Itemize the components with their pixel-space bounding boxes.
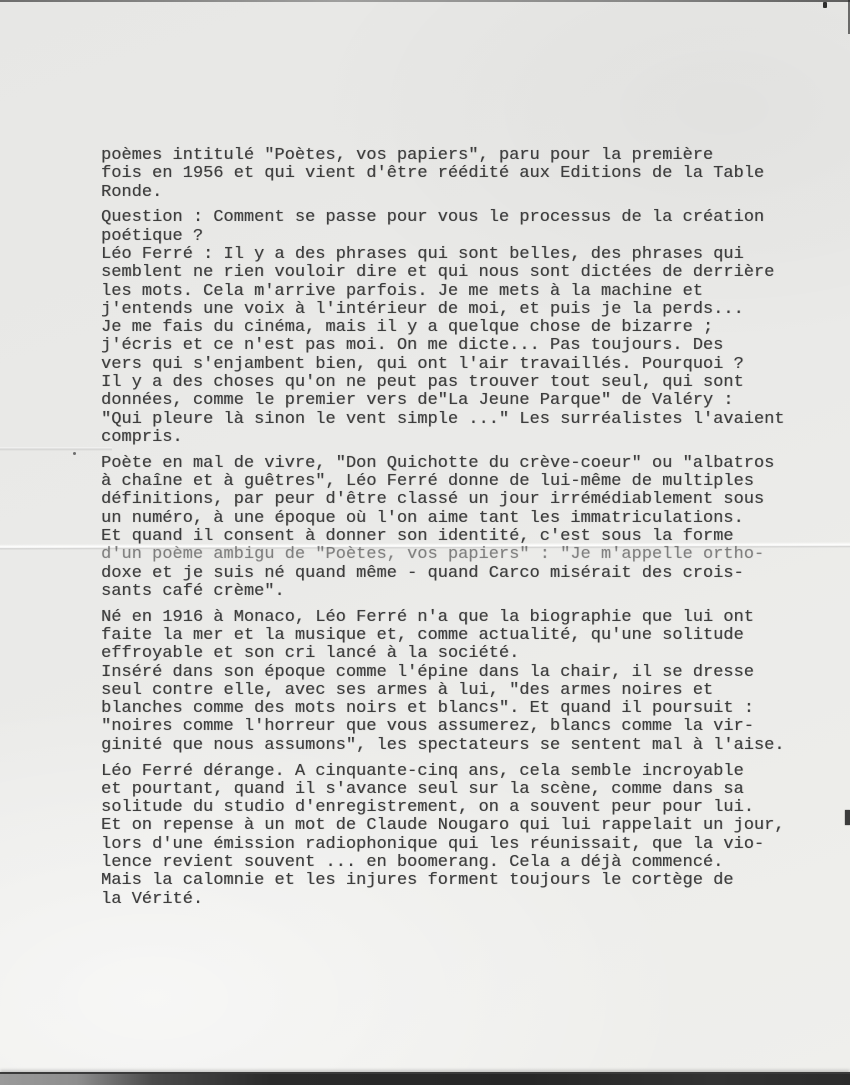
- fold-crease-partial: [0, 447, 112, 451]
- text-line: Inséré dans son époque comme l'épine dan…: [101, 664, 830, 682]
- text-line: Et quand il consent à donner son identit…: [101, 528, 830, 546]
- paragraph-question-answer: Question : Comment se passe pour vous le…: [101, 209, 830, 447]
- scanned-letter-page: poèmes intitulé "Poètes, vos papiers", p…: [0, 0, 850, 1085]
- text-line: doxe et je suis né quand même - quand Ca…: [101, 565, 830, 583]
- text-line: effroyable et son cri lancé à la société…: [101, 645, 830, 663]
- text-line: "Qui pleure là sinon le vent simple ..."…: [101, 411, 830, 429]
- paragraph-intro: poèmes intitulé "Poètes, vos papiers", p…: [101, 147, 830, 202]
- text-line: la Vérité.: [101, 891, 830, 909]
- text-line: ginité que nous assumons", les spectateu…: [101, 737, 830, 755]
- typewritten-text-block: poèmes intitulé "Poètes, vos papiers", p…: [101, 147, 830, 916]
- text-line: Léo Ferré dérange. A cinquante-cinq ans,…: [101, 763, 830, 781]
- scan-artifact-mark: [845, 810, 850, 825]
- text-line: les mots. Cela m'arrive parfois. Je me m…: [101, 283, 830, 301]
- text-line: seul contre elle, avec ses armes à lui, …: [101, 682, 830, 700]
- text-line: solitude du studio d'enregistrement, on …: [101, 799, 830, 817]
- text-line: semblent ne rien vouloir dire et qui nou…: [101, 264, 830, 282]
- text-line: données, comme le premier vers de"La Jeu…: [101, 392, 830, 410]
- text-line: lence revient souvent ... en boomerang. …: [101, 854, 830, 872]
- text-line: vers qui s'enjambent bien, qui ont l'air…: [101, 356, 830, 374]
- paragraph-biographie: Né en 1916 à Monaco, Léo Ferré n'a que l…: [101, 609, 830, 755]
- text-line: Léo Ferré : Il y a des phrases qui sont …: [101, 246, 830, 264]
- text-line: blanches comme des mots noirs et blancs"…: [101, 700, 830, 718]
- scan-edge-bottom: [0, 1072, 850, 1085]
- text-line: définitions, par peur d'être classé un j…: [101, 491, 830, 509]
- text-line: lors d'une émission radiophonique qui le…: [101, 836, 830, 854]
- paragraph-derange: Léo Ferré dérange. A cinquante-cinq ans,…: [101, 763, 830, 909]
- text-line: compris.: [101, 429, 830, 447]
- text-line-faded-on-fold: d'un poème ambigu de "Poètes, vos papier…: [101, 546, 830, 564]
- text-line: j'écris et ce n'est pas moi. On me dicte…: [101, 337, 830, 355]
- text-line: à chaîne et à guêtres", Léo Ferré donne …: [101, 473, 830, 491]
- text-line: Ronde.: [101, 184, 830, 202]
- paper-speck: [73, 452, 76, 455]
- text-line: Né en 1916 à Monaco, Léo Ferré n'a que l…: [101, 609, 830, 627]
- text-line: faite la mer et la musique et, comme act…: [101, 627, 830, 645]
- text-line: Il y a des choses qu'on ne peut pas trou…: [101, 374, 830, 392]
- text-line: "noires comme l'horreur que vous assumer…: [101, 718, 830, 736]
- text-line: et pourtant, quand il s'avance seul sur …: [101, 781, 830, 799]
- text-line: Et on repense à un mot de Claude Nougaro…: [101, 817, 830, 835]
- text-line: Je me fais du cinéma, mais il y a quelqu…: [101, 319, 830, 337]
- paper-speck: [823, 2, 827, 8]
- text-line: j'entends une voix à l'intérieur de moi,…: [101, 301, 830, 319]
- text-line: Mais la calomnie et les injures forment …: [101, 872, 830, 890]
- text-line: Poète en mal de vivre, "Don Quichotte du…: [101, 455, 830, 473]
- scan-edge-top: [0, 0, 850, 2]
- text-line: sants café crème".: [101, 583, 830, 601]
- text-line: un numéro, à une époque où l'on aime tan…: [101, 510, 830, 528]
- text-line: fois en 1956 et qui vient d'être réédité…: [101, 165, 830, 183]
- text-line: poèmes intitulé "Poètes, vos papiers", p…: [101, 147, 830, 165]
- paragraph-poete-en-mal: Poète en mal de vivre, "Don Quichotte du…: [101, 455, 830, 601]
- text-line: poétique ?: [101, 228, 830, 246]
- text-line: Question : Comment se passe pour vous le…: [101, 209, 830, 227]
